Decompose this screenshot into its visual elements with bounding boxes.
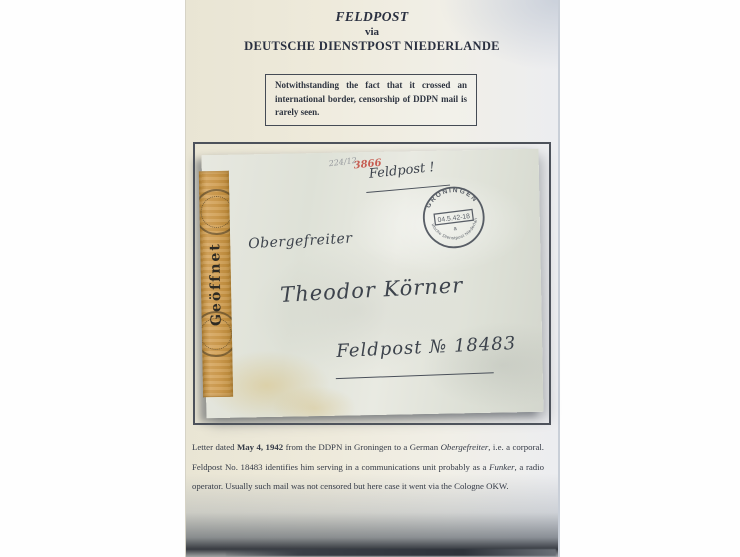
address-name: Theodor Körner xyxy=(280,273,464,307)
exhibit-caption: Letter dated May 4, 1942 from the DDPN i… xyxy=(192,438,544,497)
address-rank: Obergefreiter xyxy=(248,231,353,253)
feldpost-cover: Geöffnet 224/12 3866 Feldpost ! GRONINGE… xyxy=(202,149,544,418)
postmark-index-letter: a xyxy=(453,226,458,232)
address-feldpost-number: Feldpost № 18483 xyxy=(336,333,517,362)
svg-text:GRONINGEN: GRONINGEN xyxy=(423,184,479,210)
title-line-via: via xyxy=(186,26,558,38)
groningen-postmark: GRONINGEN 04.5.42-18 a Deutsche Dienstpo… xyxy=(417,181,491,255)
page-bottom-shadow xyxy=(226,549,556,556)
title-line-ddpn: DEUTSCHE DIENSTPOST NIEDERLANDE xyxy=(186,39,558,54)
address-underline xyxy=(336,372,494,379)
note-box: Notwithstanding the fact that it crossed… xyxy=(265,74,477,126)
censor-tape: Geöffnet xyxy=(199,171,233,398)
censor-tape-label: Geöffnet xyxy=(199,171,233,398)
exhibit-photo: FELDPOST via DEUTSCHE DIENSTPOST NIEDERL… xyxy=(185,0,560,557)
exhibit-title-block: FELDPOST via DEUTSCHE DIENSTPOST NIEDERL… xyxy=(186,9,558,54)
postmark-town: GRONINGEN xyxy=(423,184,479,210)
title-line-feldpost: FELDPOST xyxy=(186,9,558,25)
screenshot-root: FELDPOST via DEUTSCHE DIENSTPOST NIEDERL… xyxy=(0,0,740,557)
